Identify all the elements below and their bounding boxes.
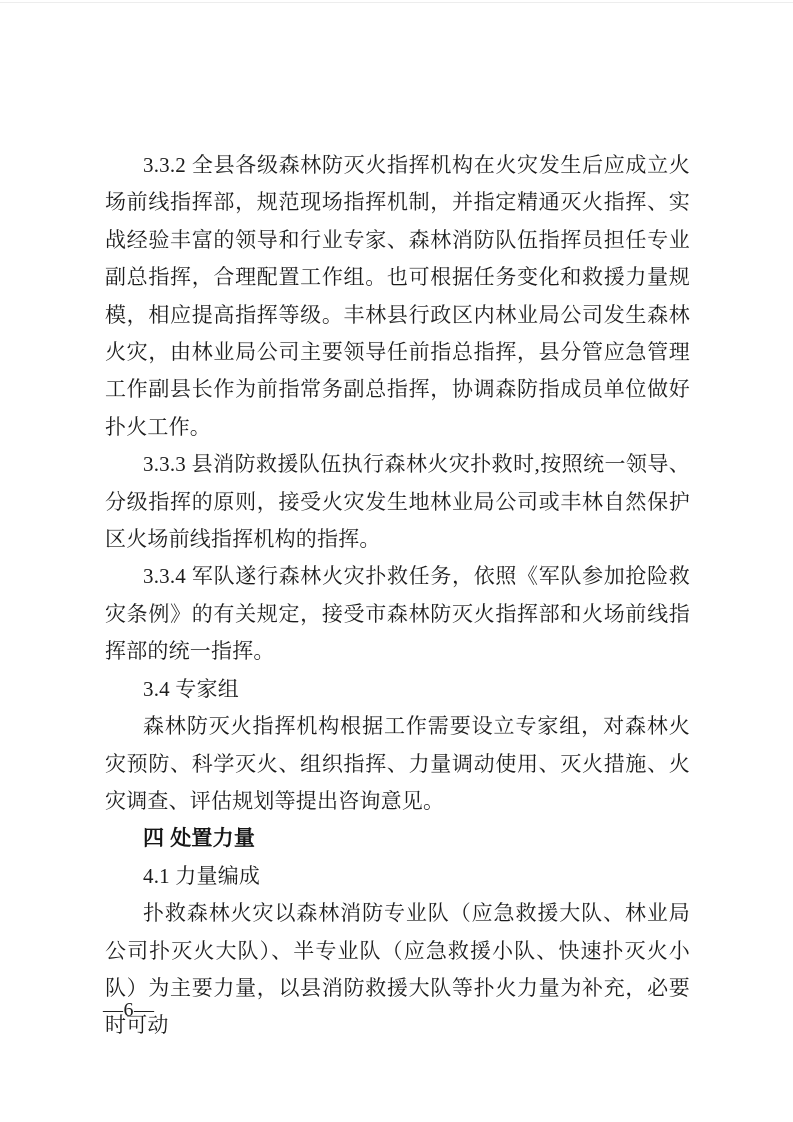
page-number: —6—: [103, 997, 155, 1023]
scan-edge-line: [0, 2, 793, 3]
paragraph-expert-group-body: 森林防灭火指挥机构根据工作需要设立专家组，对森林火灾预防、科学灭火、组织指挥、力…: [105, 708, 690, 820]
paragraph-3-3-4: 3.3.4 军队遂行森林火灾扑救任务，依照《军队参加抢险救灾条例》的有关规定，接…: [105, 558, 690, 670]
document-body: 3.3.2 全县各级森林防灭火指挥机构在火灾发生后应成立火场前线指挥部，规范现场…: [105, 147, 690, 1045]
paragraph-3-3-3: 3.3.3 县消防救援队伍执行森林火灾扑救时,按照统一领导、分级指挥的原则，接受…: [105, 446, 690, 558]
paragraph-3-3-2: 3.3.2 全县各级森林防灭火指挥机构在火灾发生后应成立火场前线指挥部，规范现场…: [105, 147, 690, 446]
document-page: 3.3.2 全县各级森林防灭火指挥机构在火灾发生后应成立火场前线指挥部，规范现场…: [0, 0, 793, 1122]
paragraph-4-1-body: 扑救森林火灾以森林消防专业队（应急救援大队、林业局公司扑灭火大队）、半专业队（应…: [105, 895, 690, 1045]
heading-4-1-force-composition: 4.1 力量编成: [105, 858, 690, 895]
heading-section-4-disposal-forces: 四 处置力量: [105, 820, 690, 857]
heading-3-4-expert-group: 3.4 专家组: [105, 671, 690, 708]
